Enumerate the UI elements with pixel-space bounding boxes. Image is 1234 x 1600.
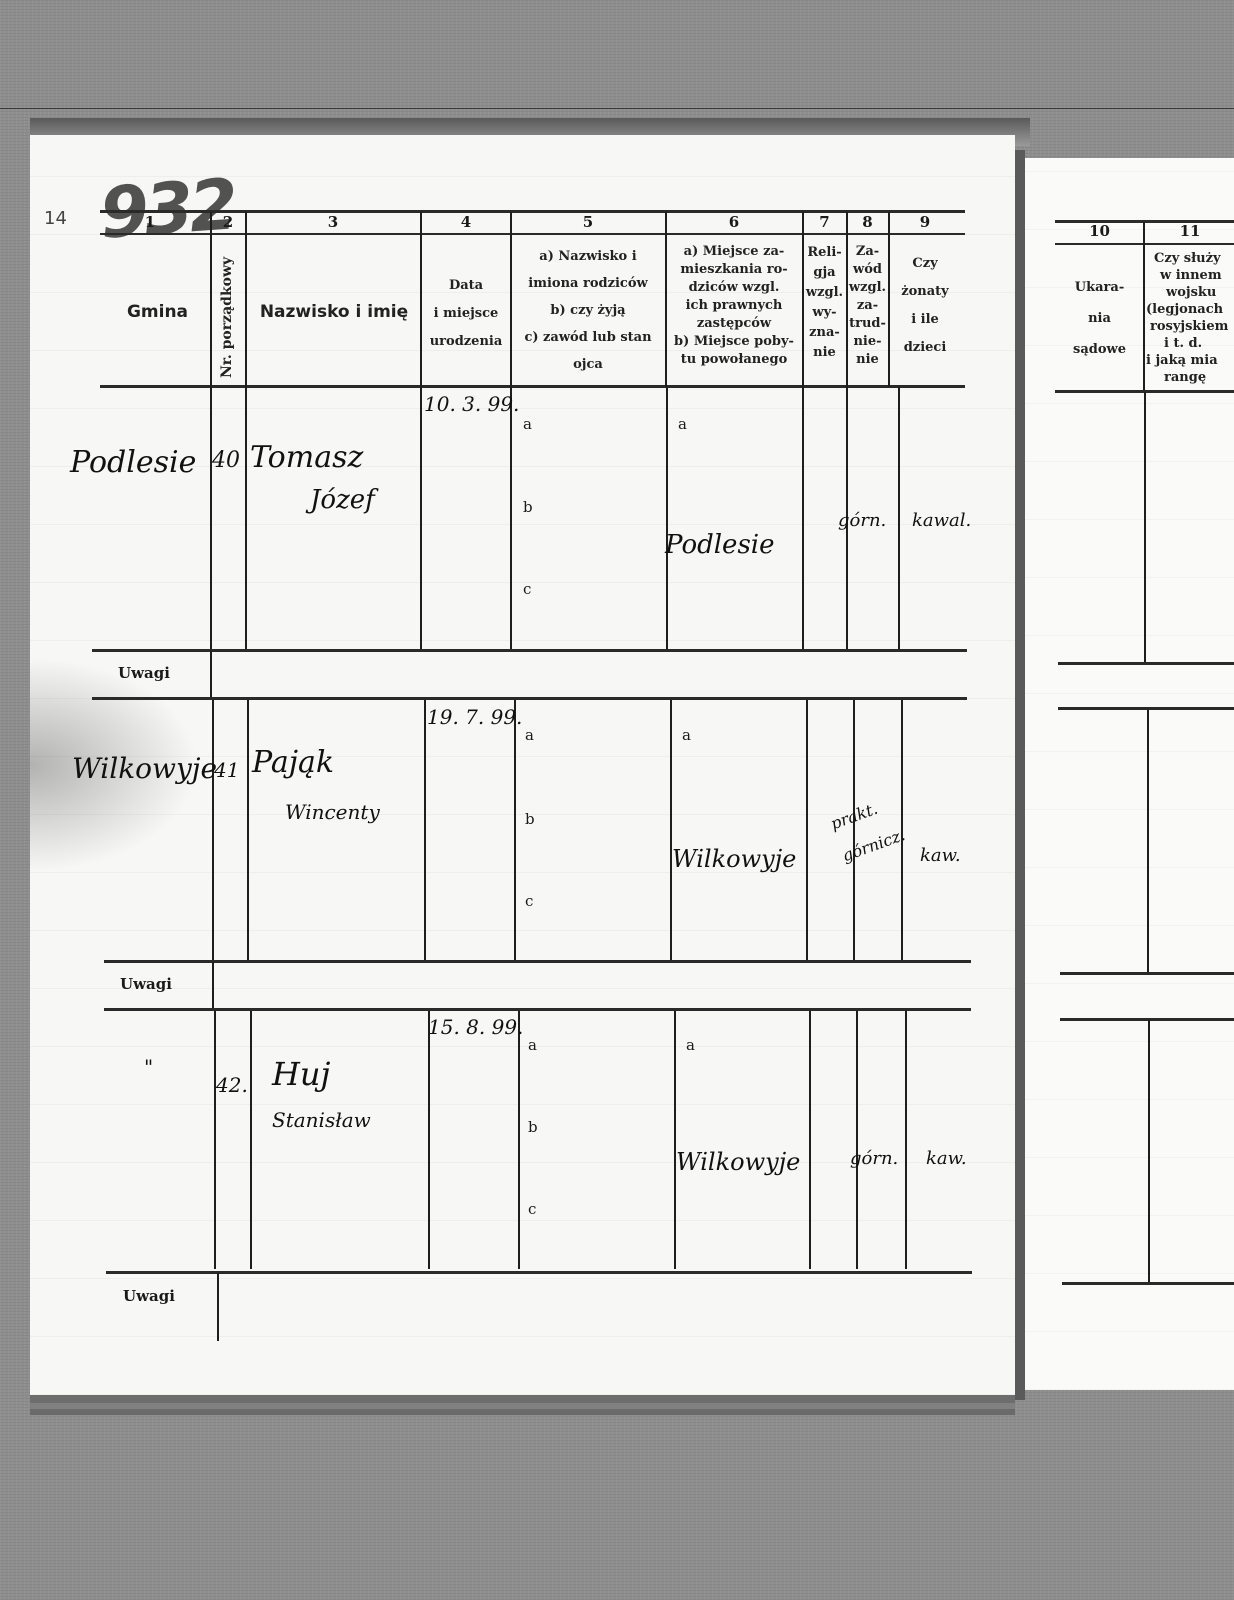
- header-line: wzgl.: [804, 283, 845, 303]
- col-divider: [1143, 222, 1145, 390]
- header-line: Data: [422, 272, 510, 300]
- header-line: ich prawnych: [667, 297, 801, 315]
- header-line: nie: [848, 351, 887, 369]
- sub-label-b: b: [528, 1118, 538, 1136]
- col-divider: [1148, 1020, 1150, 1282]
- header-line: tu powołanego: [667, 351, 801, 369]
- sub-label-a: a: [525, 726, 534, 744]
- column-number: 2: [212, 213, 244, 231]
- header-line: a) Miejsce za-: [667, 243, 801, 261]
- page-number-pencil: 14: [44, 208, 67, 229]
- column-number: 8: [848, 213, 887, 231]
- col-divider: [898, 387, 900, 650]
- col-divider: [856, 1011, 858, 1269]
- header-line: Ukara-: [1057, 272, 1142, 303]
- header-col7-religion: Reli- gja wzgl. wy- zna- nie: [804, 243, 845, 363]
- right-remarks-bottom-rule: [1060, 1018, 1234, 1021]
- entry-given-name: Wincenty: [285, 800, 380, 824]
- col-divider: [802, 387, 804, 650]
- header-line: (legjonach: [1146, 301, 1234, 318]
- header-line: i miejsce: [422, 300, 510, 328]
- header-line: rosyjskiem: [1146, 318, 1234, 335]
- entry-gmina: Podlesie: [70, 445, 196, 480]
- column-number: 3: [247, 213, 419, 231]
- column-number: 9: [890, 213, 960, 231]
- column-number: 1: [130, 213, 170, 231]
- col-divider: [245, 212, 247, 387]
- remarks-divider: [212, 962, 214, 1010]
- header-line: dziców wzgl.: [667, 279, 801, 297]
- remarks-label: Uwagi: [118, 664, 170, 682]
- header-data-urodzenia: Data i miejsce urodzenia: [422, 272, 510, 356]
- sub-label-b: b: [523, 498, 533, 516]
- entry-residence: Wilkowyje: [676, 1148, 800, 1176]
- entry-occupation: górn.: [838, 510, 886, 531]
- col-divider: [212, 700, 214, 960]
- header-line: a) Nazwisko i: [512, 243, 664, 270]
- scan-artifact-line: [0, 108, 1234, 109]
- sub-label-c: c: [523, 580, 531, 598]
- sub-label-a: a: [686, 1036, 695, 1054]
- book-gutter: [1015, 150, 1025, 1400]
- header-line: nia: [1057, 303, 1142, 334]
- header-col8-occupation: Za- wód wzgl. za- trud- nie- nie: [848, 243, 887, 369]
- remarks-label: Uwagi: [123, 1287, 175, 1305]
- col-divider: [670, 700, 672, 960]
- header-line: gja: [804, 263, 845, 283]
- entry-nr: 42.: [216, 1073, 248, 1097]
- col-divider: [905, 1011, 907, 1269]
- right-remarks-bottom-rule: [1058, 707, 1234, 710]
- col-divider: [245, 387, 247, 650]
- header-line: sądowe: [1057, 334, 1142, 365]
- col-divider: [666, 387, 668, 650]
- header-line: i ile: [890, 306, 960, 334]
- col-divider: [247, 700, 249, 960]
- right-entry-bottom-rule: [1058, 662, 1234, 665]
- col-divider: [214, 1011, 216, 1269]
- column-number: 5: [512, 213, 664, 231]
- col-divider: [518, 1011, 520, 1269]
- header-line: w innem: [1146, 267, 1234, 284]
- remarks-divider: [210, 651, 212, 699]
- sub-label-c: c: [528, 1200, 536, 1218]
- header-col5-parents: a) Nazwisko i imiona rodziców b) czy żyj…: [512, 243, 664, 378]
- col-divider: [420, 387, 422, 650]
- header-line: i jaką mia: [1146, 352, 1234, 369]
- header-col11-other-army: Czy służy w innem wojsku (legjonach rosy…: [1146, 250, 1234, 386]
- entry-nr: 41: [214, 758, 239, 782]
- header-line: nie: [804, 343, 845, 363]
- header-nazwisko-imie: Nazwisko i imię: [250, 303, 418, 322]
- header-gmina: Gmina: [110, 303, 205, 322]
- header-line: c) zawód lub stan: [512, 324, 664, 351]
- header-line: Za-: [848, 243, 887, 261]
- header-col10-convictions: Ukara- nia sądowe: [1057, 272, 1142, 365]
- col-divider: [250, 1011, 252, 1269]
- col-divider: [210, 387, 212, 650]
- header-line: Czy służy: [1146, 250, 1234, 267]
- entry-birth-date: 19. 7. 99.: [427, 705, 522, 729]
- header-bottom-rule: [100, 385, 965, 388]
- col-divider: [806, 700, 808, 960]
- header-line: żonaty: [890, 278, 960, 306]
- right-entry-bottom-rule: [1060, 972, 1234, 975]
- entry-residence: Wilkowyje: [672, 845, 796, 873]
- entry-marital: kaw.: [920, 845, 961, 866]
- remarks-label: Uwagi: [120, 975, 172, 993]
- header-line: b) czy żyją: [512, 297, 664, 324]
- header-col6-residence: a) Miejsce za- mieszkania ro- dziców wzg…: [667, 243, 801, 369]
- register-stamp-number: 932: [97, 163, 237, 254]
- colnum-rule: [100, 233, 965, 235]
- col-divider: [510, 387, 512, 650]
- header-line: zastępców: [667, 315, 801, 333]
- remarks-divider: [217, 1273, 219, 1341]
- remarks-bottom-rule: [104, 1008, 971, 1011]
- entry-gmina-ditto: ": [144, 1055, 153, 1079]
- header-line: imiona rodziców: [512, 270, 664, 297]
- header-line: wód: [848, 261, 887, 279]
- sub-label-c: c: [525, 892, 533, 910]
- header-line: Reli-: [804, 243, 845, 263]
- entry-marital: kawal.: [912, 510, 971, 531]
- col-divider: [674, 1011, 676, 1269]
- entry-birth-date: 10. 3. 99.: [424, 392, 519, 416]
- right-entry-bottom-rule: [1062, 1282, 1234, 1285]
- col-divider: [424, 700, 426, 960]
- entry-surname: Pająk: [252, 745, 334, 780]
- header-line: b) Miejsce poby-: [667, 333, 801, 351]
- entry-bottom-rule: [104, 960, 971, 963]
- header-nr-porzadkowy: Nr. porządkowy: [218, 255, 238, 380]
- header-line: trud-: [848, 315, 887, 333]
- sub-label-a: a: [682, 726, 691, 744]
- header-line: wzgl.: [848, 279, 887, 297]
- entry-nr: 40: [212, 448, 240, 473]
- header-line: wy-: [804, 303, 845, 323]
- header-line: mieszkania ro-: [667, 261, 801, 279]
- sub-label-a: a: [528, 1036, 537, 1054]
- entry-given-name: Józef: [310, 485, 375, 515]
- header-line: zna-: [804, 323, 845, 343]
- header-line: za-: [848, 297, 887, 315]
- entry-bottom-rule: [92, 649, 967, 652]
- header-line: ojca: [512, 351, 664, 378]
- column-number: 7: [804, 213, 845, 231]
- header-line: nie-: [848, 333, 887, 351]
- entry-surname: Huj: [272, 1055, 330, 1093]
- col-divider: [1147, 710, 1149, 972]
- sub-label-a: a: [523, 415, 532, 433]
- header-col9-married: Czy żonaty i ile dzieci: [890, 250, 960, 362]
- header-line: i t. d.: [1146, 335, 1234, 352]
- header-line: urodzenia: [422, 328, 510, 356]
- remarks-bottom-rule: [92, 697, 967, 700]
- column-number: 6: [667, 213, 801, 231]
- entry-birth-date: 15. 8. 99.: [428, 1015, 523, 1039]
- entry-residence: Podlesie: [665, 530, 774, 560]
- entry-surname: Tomasz: [250, 440, 363, 475]
- column-number: 4: [422, 213, 510, 231]
- col-divider: [514, 700, 516, 960]
- header-line: dzieci: [890, 334, 960, 362]
- entry-occupation: górn.: [850, 1148, 898, 1169]
- col-divider: [1144, 392, 1146, 662]
- entry-marital: kaw.: [926, 1148, 967, 1169]
- sub-label-b: b: [525, 810, 535, 828]
- header-line: rangę: [1146, 369, 1234, 386]
- header-line: wojsku: [1146, 284, 1234, 301]
- col-divider: [428, 1011, 430, 1269]
- entry-bottom-rule: [106, 1271, 972, 1274]
- header-line: Czy: [890, 250, 960, 278]
- entry-gmina: Wilkowyje: [72, 752, 217, 785]
- column-number: 10: [1057, 222, 1142, 240]
- column-number: 11: [1146, 222, 1234, 240]
- col-divider: [809, 1011, 811, 1269]
- col-divider: [210, 212, 212, 387]
- sub-label-a: a: [678, 415, 687, 433]
- entry-given-name: Stanisław: [272, 1108, 371, 1132]
